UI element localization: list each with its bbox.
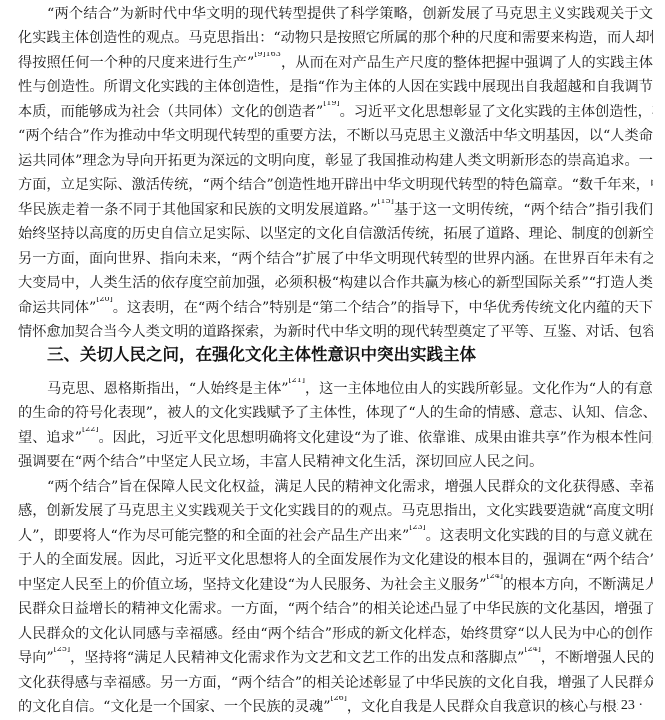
text-line: 华民族走着一条不同于其他国家和民族的文明发展道路。”[15]基于这一文明传统，“… (18, 199, 653, 221)
text-line: 情怀愈加契合当今人类文明的道路探索，为新时代中华文明的现代转型奠定了平等、互鉴、… (18, 321, 653, 343)
line-text: “两个结合”旨在保障人民文化权益，满足人民的精神文化需求，增强人民群众的文化获得… (47, 479, 653, 495)
text-line: 本质，而能够成为社会（共同体）文化的创造者”[19]。习近平文化思想彰显了文化实… (18, 101, 653, 123)
line-text: ，这一主体地位由人的实践所彰显。文化作为“人的有意识 (305, 381, 653, 397)
line-text: 强调要在“两个结合”中坚定人民立场，丰富人民精神文化生活，深切回应人民之问。 (18, 454, 543, 470)
line-text: 。习近平文化思想彰显了文化实践的主体创造性，将 (340, 104, 653, 120)
citation-ref: [21] (289, 378, 305, 384)
line-text: 导向” (18, 650, 54, 666)
text-line: “两个结合”为新时代中华文明的现代转型提供了科学策略，创新发展了马克思主义实践观… (47, 3, 653, 25)
text-line: 大变局中，人类生活的依存度空前加强，必须积极“构建以合作共赢为核心的新型国际关系… (18, 272, 653, 294)
line-text: 大变局中，人类生活的依存度空前加强，必须积极“构建以合作共赢为核心的新型国际关系… (18, 275, 653, 291)
citation-ref: [24] (524, 647, 540, 653)
line-text: ，不断增强人民的 (541, 650, 653, 666)
line-text: 华民族走着一条不同于其他国家和民族的文明发展道路。” (18, 202, 377, 218)
line-text: 马克思、恩格斯指出，“人始终是主体” (47, 381, 289, 397)
text-line: 运共同体”理念为导向开拓更为深远的文明向度，彰显了我国推动构建人类文明新形态的崇… (18, 150, 653, 172)
line-text: 的文化自信。“文化是一个国家、一个民族的灵魂” (18, 699, 330, 715)
citation-ref: [24] (487, 574, 503, 580)
line-text: 另一方面，面向世界、指向未来，“两个结合”扩展了中华文明现代转型的世界内涵。在世… (18, 251, 653, 267)
line-text: ，从而在对产品生产尺度的整体把握中强调了人的实践主体 (281, 55, 653, 71)
text-line: 文化获得感与幸福感。另一方面，“两个结合”的相关论述彰显了中华民族的文化自我，增… (18, 672, 653, 694)
document-page: “两个结合”为新时代中华文明的现代转型提供了科学策略，创新发展了马克思主义实践观… (0, 0, 665, 720)
line-text: 中坚定人民至上的价值立场，坚持文化建设“为人民服务、为社会主义服务” (18, 577, 487, 593)
citation-ref: [19] (323, 101, 339, 107)
text-line: 强调要在“两个结合”中坚定人民立场，丰富人民精神文化生活，深切回应人民之问。 (18, 451, 653, 473)
line-text: 望、追求” (18, 430, 82, 446)
line-text: 。这表明文化实践的目的与意义就在 (426, 528, 653, 544)
line-text: 化实践主体创造性的观点。马克思指出：“动物只是按照它所属的那个种的尺度和需要来构… (18, 30, 653, 46)
citation-ref: [23] (409, 525, 425, 531)
text-line: 另一方面，面向世界、指向未来，“两个结合”扩展了中华文明现代转型的世界内涵。在世… (18, 248, 653, 270)
line-text: 于人的全面发展。因此，习近平文化思想将人的全面发展作为文化建设的根本目的，强调在… (18, 552, 653, 568)
text-line: 于人的全面发展。因此，习近平文化思想将人的全面发展作为文化建设的根本目的，强调在… (18, 549, 653, 571)
text-line: 导向”[25]，坚持将“满足人民精神文化需求作为文艺和文艺工作的出发点和落脚点”… (18, 647, 653, 669)
text-line: 化实践主体创造性的观点。马克思指出：“动物只是按照它所属的那个种的尺度和需要来构… (18, 27, 653, 49)
text-line: 得按照任何一个种的尺度来进行生产”[9]163，从而在对产品生产尺度的整体把握中… (18, 52, 653, 74)
line-text: 命运共同体” (18, 300, 96, 316)
line-text: 情怀愈加契合当今人类文明的道路探索，为新时代中华文明的现代转型奠定了平等、互鉴、… (18, 324, 653, 340)
citation-ref: [15] (377, 199, 393, 205)
citation-ref: [9]163 (254, 52, 281, 58)
line-text: “两个结合”为新时代中华文明的现代转型提供了科学策略，创新发展了马克思主义实践观… (47, 6, 653, 22)
text-line: 马克思、恩格斯指出，“人始终是主体”[21]，这一主体地位由人的实践所彰显。文化… (47, 378, 653, 400)
line-text: ，文化自我是人民群众自我意识的核心与根本所 (347, 699, 618, 715)
citation-ref: [22] (82, 427, 98, 433)
text-line: 望、追求”[22]。因此，习近平文化思想明确将文化建设“为了谁、依靠谁、成果由谁… (18, 427, 653, 449)
text-line: 的文化自信。“文化是一个国家、一个民族的灵魂”[26]，文化自我是人民群众自我意… (18, 696, 618, 718)
line-text: 运共同体”理念为导向开拓更为深远的文明向度，彰显了我国推动构建人类文明新形态的崇… (18, 153, 653, 169)
line-text: 人民群众的文化认同感与幸福感。经由“两个结合”形成的新文化样态，始终贯穿“以人民… (18, 626, 653, 642)
text-line: 方面，立足实际、激活传统，“两个结合”创造性地开辟出中华文明现代转型的特色篇章。… (18, 174, 653, 196)
text-line: 命运共同体”[20]。这表明，在“两个结合”特别是“第二个结合”的指导下，中华优… (18, 297, 653, 319)
line-text: 。因此，习近平文化思想明确将文化建设“为了谁、依靠谁、成果由谁共享”作为根本性问… (98, 430, 653, 446)
line-text: 民群众日益增长的精神文化需求。一方面，“两个结合”的相关论述凸显了中华民族的文化… (18, 601, 653, 617)
section-heading: 三、关切人民之问，在强化文化主体性意识中突出实践主体 (47, 343, 476, 367)
text-line: 性与创造性。所谓文化实践的主体创造性，是指“作为主体的人因在实践中展现出自我超越… (18, 76, 653, 98)
line-text: 文化获得感与幸福感。另一方面，“两个结合”的相关论述彰显了中华民族的文化自我，增… (18, 675, 653, 691)
line-text: 感，创新发展了马克思主义实践观关于文化实践目的的观点。马克思指出，文化实践要造就… (18, 503, 653, 519)
line-text: 的根本方向，不断满足人 (503, 577, 653, 593)
text-line: “两个结合”旨在保障人民文化权益，满足人民的精神文化需求，增强人民群众的文化获得… (47, 476, 653, 498)
text-line: 中坚定人民至上的价值立场，坚持文化建设“为人民服务、为社会主义服务”[24]的根… (18, 574, 653, 596)
text-line: 始终坚持以高度的历史自信立足实际、以坚定的文化自信激活传统，拓展了道路、理论、制… (18, 223, 653, 245)
line-text: 得按照任何一个种的尺度来进行生产” (18, 55, 254, 71)
line-text: 性与创造性。所谓文化实践的主体创造性，是指“作为主体的人因在实践中展现出自我超越… (18, 79, 653, 95)
line-text: “两个结合”作为推动中华文明现代转型的重要方法，不断以马克思主义激活中华文明基因… (18, 128, 653, 144)
line-text: 人”，即要将人“作为尽可能完整的和全面的社会产品生产出来” (18, 528, 409, 544)
text-line: 人民群众的文化认同感与幸福感。经由“两个结合”形成的新文化样态，始终贯穿“以人民… (18, 623, 653, 645)
text-line: “两个结合”作为推动中华文明现代转型的重要方法，不断以马克思主义激活中华文明基因… (18, 125, 653, 147)
text-line: 的生命的符号化表现”，被人的文化实践赋予了主体性，体现了“人的生命的情感、意志、… (18, 402, 653, 424)
line-text: 。这表明，在“两个结合”特别是“第二个结合”的指导下，中华优秀传统文化内蕴的天下 (113, 300, 653, 316)
citation-ref: [26] (330, 696, 346, 702)
citation-ref: [25] (54, 647, 70, 653)
line-text: 始终坚持以高度的历史自信立足实际、以坚定的文化自信激活传统，拓展了道路、理论、制… (18, 226, 653, 242)
text-line: 民群众日益增长的精神文化需求。一方面，“两个结合”的相关论述凸显了中华民族的文化… (18, 598, 653, 620)
line-text: 方面，立足实际、激活传统，“两个结合”创造性地开辟出中华文明现代转型的特色篇章。… (18, 177, 653, 193)
line-text: 基于这一文明传统，“两个结合”指引我们 (394, 202, 653, 218)
line-text: ，坚持将“满足人民精神文化需求作为文艺和文艺工作的出发点和落脚点” (70, 650, 524, 666)
text-line: 感，创新发展了马克思主义实践观关于文化实践目的的观点。马克思指出，文化实践要造就… (18, 500, 653, 522)
line-text: 的生命的符号化表现”，被人的文化实践赋予了主体性，体现了“人的生命的情感、意志、… (18, 405, 653, 421)
page-number: · 23 · (613, 697, 643, 715)
citation-ref: [20] (96, 297, 112, 303)
text-line: 人”，即要将人“作为尽可能完整的和全面的社会产品生产出来”[23]。这表明文化实… (18, 525, 653, 547)
line-text: 本质，而能够成为社会（共同体）文化的创造者” (18, 104, 323, 120)
